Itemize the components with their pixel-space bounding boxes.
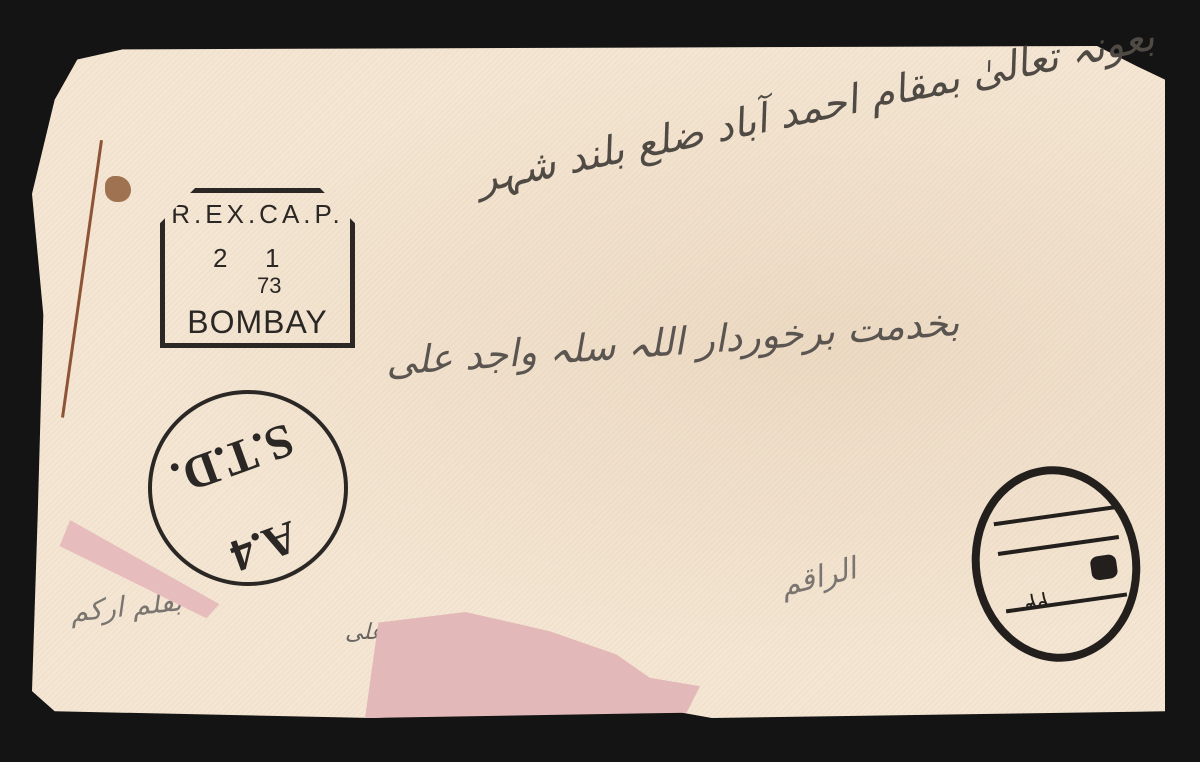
ink-blot bbox=[105, 176, 131, 202]
postmark-city: BOMBAY bbox=[165, 304, 350, 341]
postmark-month: 1 bbox=[265, 243, 279, 274]
postmark-bar bbox=[998, 535, 1119, 556]
postmark-day: 2 bbox=[213, 243, 227, 274]
postmark-blot bbox=[1089, 554, 1118, 581]
postmark-year: 73 bbox=[257, 273, 281, 299]
postmark-bar bbox=[994, 505, 1115, 526]
postmark-top-text: R.EX.CA.P. bbox=[165, 199, 350, 230]
dark-postmark-text: ٢٣ bbox=[1023, 586, 1050, 615]
bombay-octagonal-postmark: R.EX.CA.P. 2 1 73 BOMBAY bbox=[160, 188, 355, 348]
circular-postmark: A.4 S.T.D. bbox=[148, 390, 348, 586]
